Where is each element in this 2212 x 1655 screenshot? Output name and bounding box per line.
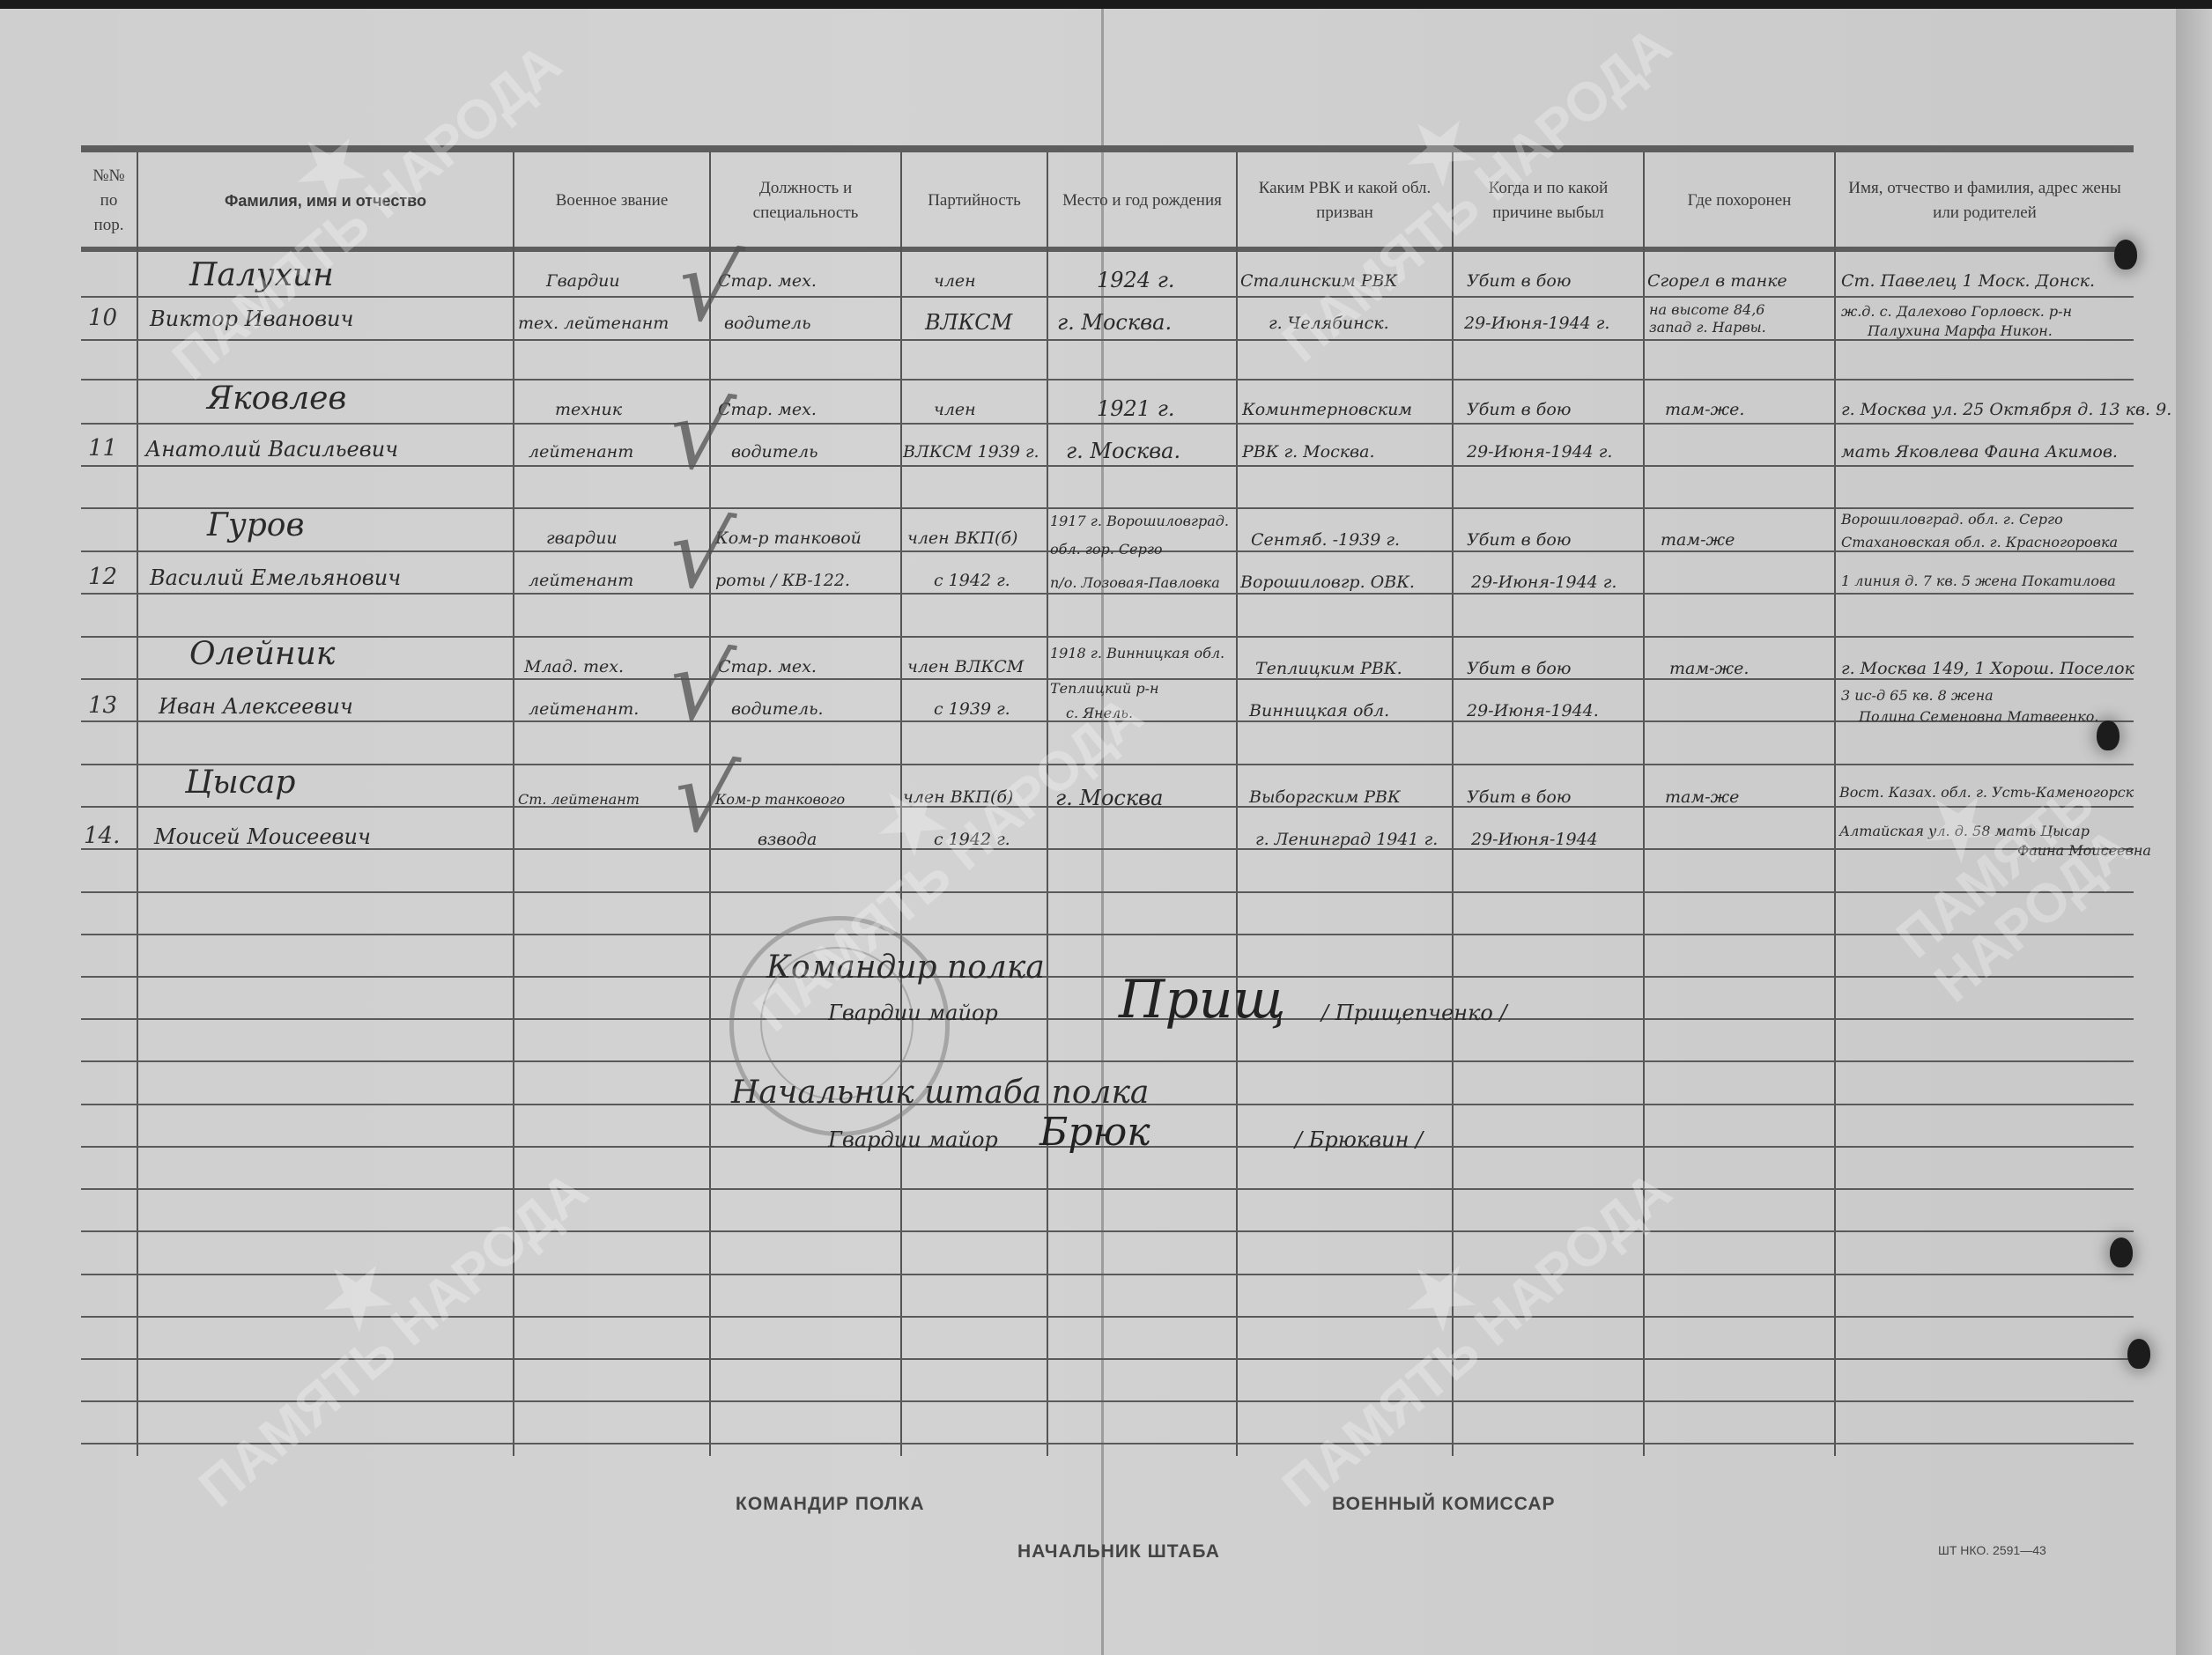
chief-of-staff-rank: Гвардии майор: [828, 1127, 998, 1152]
row-rule: [81, 1443, 2134, 1444]
column-rule: [513, 152, 514, 1456]
position-line-2: водитель.: [731, 699, 824, 719]
given-name: Василий Емельянович: [150, 565, 401, 590]
rvk-line-2: г. Ленинград 1941 г.: [1255, 830, 1438, 849]
relatives-line-2: Алтайская ул. д. 58 мать Цысар: [1839, 823, 2090, 839]
birth-line-1: 1924 г.: [1097, 268, 1174, 292]
burial-line-1: там-же.: [1665, 400, 1744, 419]
row-rule: [81, 339, 2134, 341]
document-sheet: №№ по пор. Фамилия, имя и отчество Военн…: [0, 9, 2212, 1655]
reason-line-1: Убит в бою: [1467, 659, 1571, 678]
rank-line-1: гвардии: [546, 528, 618, 548]
row-number: 14.: [84, 823, 120, 849]
column-rule: [137, 152, 138, 1456]
commander-name: / Прищепченко /: [1321, 1001, 1507, 1025]
party-line-1: член ВЛКСМ: [907, 657, 1024, 676]
row-rule: [81, 764, 2134, 765]
relatives-line-2: 3 ис-д 65 кв. 8 жена: [1841, 687, 1994, 704]
row-rule: [81, 1400, 2134, 1402]
birth-line-1: 1921 г.: [1097, 396, 1174, 421]
party-line-2: с 1942 г.: [934, 830, 1010, 849]
birth-line-2: г. Москва.: [1057, 310, 1172, 335]
birth-line-1: 1917 г. Ворошиловград.: [1050, 513, 1229, 529]
relatives-line-1: Вост. Казах. обл. г. Усть-Каменогорск: [1839, 784, 2134, 801]
chief-of-staff-signature: Брюк: [1039, 1110, 1150, 1155]
commander-title: Командир полка: [766, 949, 1045, 986]
header-rvk: Каким РВК и какой обл. призван: [1238, 157, 1452, 245]
row-rule: [81, 1274, 2134, 1275]
row-rule: [81, 1358, 2134, 1360]
rvk-line-2: Ворошиловгр. ОВК.: [1240, 573, 1415, 592]
reason-line-1: Убит в бою: [1467, 787, 1571, 807]
row-rule: [81, 423, 2134, 425]
reason-line-2: 29-Июня-1944: [1471, 830, 1598, 849]
row-number: 13: [88, 692, 117, 719]
row-rule: [81, 1316, 2134, 1318]
row-rule: [81, 891, 2134, 893]
row-rule: [81, 379, 2134, 381]
reason-line-2: 29-Июня-1944.: [1467, 701, 1599, 720]
header-relatives: Имя, отчество и фамилия, адрес жены или …: [1836, 157, 2134, 245]
row-rule: [81, 934, 2134, 935]
rank-line-2: лейтенант: [529, 571, 633, 590]
rvk-line-1: Сентяб. -1939 г.: [1251, 530, 1400, 550]
surname: Гуров: [207, 507, 304, 543]
table-top-rule: [81, 145, 2134, 152]
header-party: Партийность: [902, 157, 1047, 245]
relatives-line-3: Палухина Марфа Никон.: [1868, 322, 2053, 339]
reason-line-2: 29-Июня-1944 г.: [1464, 314, 1609, 333]
column-rule: [1452, 152, 1454, 1456]
table-header-rule: [81, 247, 2134, 252]
column-rule: [1834, 152, 1836, 1456]
rvk-line-1: Сталинским РВК: [1240, 271, 1397, 291]
chief-of-staff-title: Начальник штаба полка: [731, 1075, 1149, 1111]
rank-line-1: Млад. тех.: [524, 657, 624, 676]
position-line-2: водитель: [724, 314, 810, 333]
reason-line-2: 29-Июня-1944 г.: [1471, 573, 1616, 592]
rank-line-1: Гвардии: [546, 271, 620, 291]
form-code: ШТ НКО. 2591—43: [1938, 1543, 2046, 1557]
reason-line-1: Убит в бою: [1467, 271, 1571, 291]
birth-line-1: 1918 г. Винницкая обл.: [1050, 645, 1224, 661]
row-rule: [81, 1188, 2134, 1190]
given-name: Моисей Моисеевич: [154, 824, 371, 849]
punch-hole: [2127, 1339, 2150, 1369]
row-number: 12: [88, 564, 117, 590]
burial-line-1: Сгорел в танке: [1647, 271, 1787, 291]
relatives-line-2: мать Яковлева Фаина Акимов.: [1841, 442, 2118, 462]
party-line-1: член ВКП(б): [903, 787, 1013, 807]
rvk-line-2: РВК г. Москва.: [1242, 442, 1374, 462]
burial-line-1: там-же: [1661, 530, 1735, 550]
footer-chief-of-staff-label: НАЧАЛЬНИК ШТАБА: [1017, 1541, 1220, 1563]
row-number: 11: [88, 435, 117, 462]
page-spine: [1101, 9, 1104, 1655]
party-line-1: член: [934, 271, 976, 291]
row-rule: [81, 507, 2134, 509]
party-line-2: ВЛКСМ 1939 г.: [903, 442, 1039, 462]
relatives-line-1: Ст. Павелец 1 Моск. Донск.: [1841, 271, 2095, 291]
burial-line-2: на высоте 84,6: [1649, 301, 1764, 318]
header-position: Должность и специальность: [711, 157, 900, 245]
surname: Яковлев: [207, 381, 346, 417]
relatives-line-3: 1 линия д. 7 кв. 5 жена Покатилова: [1841, 573, 2116, 589]
row-number: 10: [88, 305, 117, 331]
column-rule: [1047, 152, 1048, 1456]
rank-line-2: лейтенант.: [529, 699, 639, 719]
punch-hole: [2114, 240, 2137, 270]
rank-line-1: Ст. лейтенант: [518, 791, 640, 808]
relatives-line-2: ж.д. с. Далехово Горловск. р-н: [1841, 303, 2072, 320]
check-mark: √: [666, 738, 743, 859]
row-rule: [81, 976, 2134, 978]
surname: Цысар: [185, 765, 295, 801]
surname: Палухин: [189, 257, 334, 293]
check-mark: √: [662, 494, 738, 615]
commander-signature: Прищ: [1119, 969, 1285, 1031]
check-mark: √: [662, 375, 738, 496]
watermark: ★ПАМЯТЬ НАРОДА: [1774, 665, 2212, 1076]
position-line-1: Ком-р танковой: [715, 528, 862, 548]
surname: Олейник: [189, 636, 335, 672]
rvk-line-1: Выборгским РВК: [1249, 787, 1401, 807]
rvk-line-2: г. Челябинск.: [1269, 314, 1389, 333]
position-line-2: взвода: [758, 830, 817, 849]
page-edge: [2176, 9, 2212, 1655]
reason-line-1: Убит в бою: [1467, 400, 1571, 419]
row-rule: [81, 465, 2134, 467]
relatives-line-1: Ворошиловград. обл. г. Серго: [1841, 511, 2063, 528]
header-reason: Когда и по какой причине выбыл: [1454, 157, 1643, 245]
row-rule: [81, 1060, 2134, 1062]
footer-commander-label: КОМАНДИР ПОЛКА: [736, 1494, 925, 1515]
commander-rank: Гвардии майор: [828, 1001, 998, 1025]
relatives-line-2: Стахановская обл. г. Красногоровка: [1841, 534, 2118, 550]
header-rank: Военное звание: [514, 157, 709, 245]
relatives-line-1: г. Москва ул. 25 Октября д. 13 кв. 9.: [1841, 400, 2171, 419]
relatives-line-1: г. Москва 149, 1 Хорош. Поселок: [1841, 659, 2134, 678]
reason-line-1: Убит в бою: [1467, 530, 1571, 550]
position-line-2: роты / КВ-122.: [715, 571, 850, 590]
header-full-name: Фамилия, имя и отчество: [138, 157, 513, 245]
rank-line-2: лейтенант: [529, 442, 633, 462]
position-line-2: водитель: [731, 442, 817, 462]
relatives-line-3: Полина Семеновна Матвеенко.: [1859, 708, 2099, 725]
reason-line-2: 29-Июня-1944 г.: [1467, 442, 1612, 462]
check-mark: √: [662, 626, 738, 747]
footer-commissar-label: ВОЕННЫЙ КОМИССАР: [1332, 1494, 1556, 1515]
rvk-line-1: Коминтерновским: [1242, 400, 1412, 419]
birth-line-2: Теплицкий р-н: [1050, 680, 1159, 697]
birth-line-3: с. Янель.: [1066, 705, 1133, 721]
chief-of-staff-name: / Брюквин /: [1295, 1127, 1423, 1152]
burial-line-3: запад г. Нарвы.: [1649, 319, 1766, 336]
party-line-2: с 1939 г.: [934, 699, 1010, 719]
relatives-line-3: Фаина Моисеевна: [2017, 842, 2151, 859]
party-line-1: член: [934, 400, 976, 419]
row-rule: [81, 1230, 2134, 1232]
burial-line-1: там-же.: [1669, 659, 1749, 678]
watermark: ★ПАМЯТЬ НАРОДА: [1235, 1117, 1682, 1518]
burial-line-1: там-же: [1665, 787, 1739, 807]
birth-line-3: п/о. Лозовая-Павловка: [1050, 574, 1220, 591]
header-number: №№ по пор.: [81, 157, 137, 245]
column-rule: [1236, 152, 1238, 1456]
row-rule: [81, 296, 2134, 298]
given-name: Виктор Иванович: [150, 307, 353, 331]
header-burial: Где похоронен: [1645, 157, 1834, 245]
row-rule: [81, 636, 2134, 638]
row-rule: [81, 1018, 2134, 1020]
rvk-line-2: Винницкая обл.: [1249, 701, 1389, 720]
party-line-2: с 1942 г.: [934, 571, 1010, 590]
punch-hole: [2110, 1238, 2133, 1267]
row-rule: [81, 593, 2134, 595]
column-rule: [900, 152, 902, 1456]
given-name: Иван Алексеевич: [159, 694, 353, 719]
party-line-2: ВЛКСМ: [925, 310, 1012, 335]
given-name: Анатолий Васильевич: [145, 437, 398, 462]
party-line-1: член ВКП(б): [907, 528, 1017, 548]
punch-hole: [2097, 720, 2120, 750]
rvk-line-1: Теплицким РВК.: [1255, 659, 1402, 678]
birth-line-1: г. Москва: [1055, 786, 1163, 810]
rank-line-2: тех. лейтенант: [518, 314, 669, 333]
rank-line-1: техник: [555, 400, 622, 419]
birth-line-2: обл. гор. Серго: [1050, 541, 1163, 558]
header-birth: Место и год рождения: [1048, 157, 1236, 245]
row-rule: [81, 848, 2134, 850]
birth-line-2: г. Москва.: [1066, 439, 1180, 463]
column-rule: [1643, 152, 1645, 1456]
watermark: ★ПАМЯТЬ НАРОДА: [152, 1117, 598, 1518]
